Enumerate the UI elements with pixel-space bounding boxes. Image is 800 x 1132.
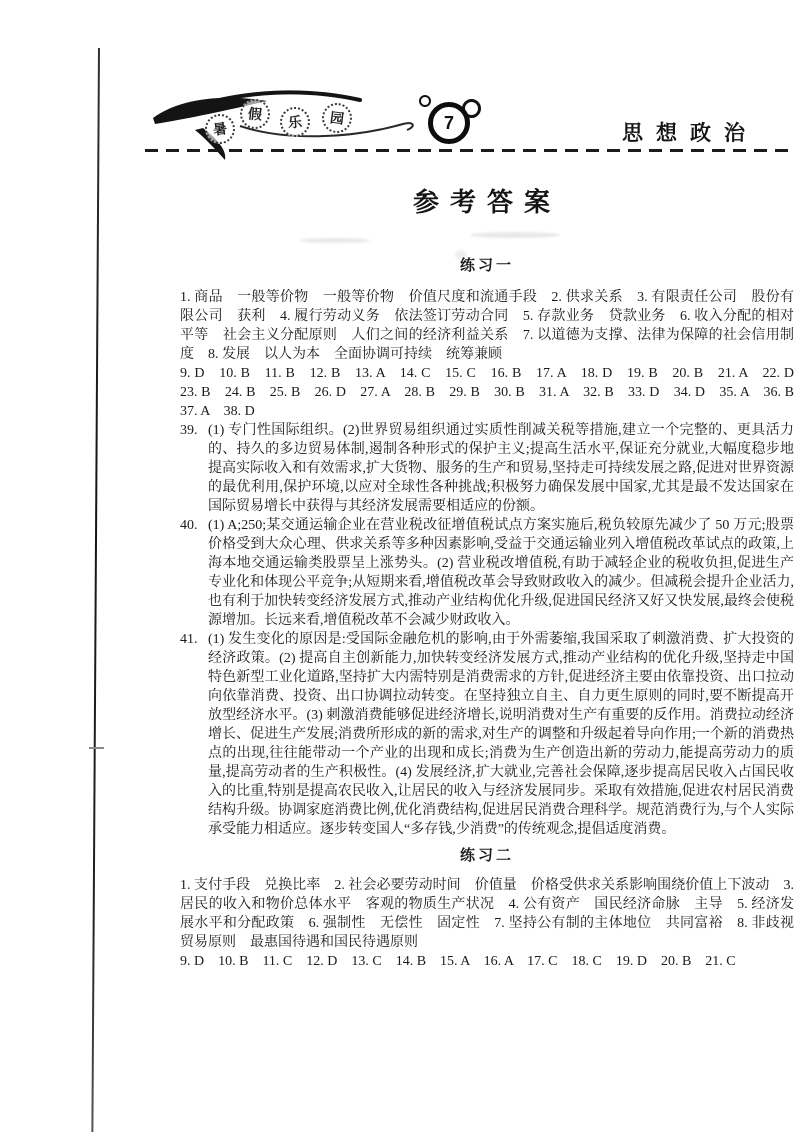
subject-title: 思想政治 xyxy=(622,117,758,147)
multiple-choice-answers: 9. D 10. B 11. B 12. B 13. A 14. C 15. C… xyxy=(180,364,794,421)
page-title: 参考答案 xyxy=(180,186,794,220)
page-number-badge: 7 xyxy=(418,92,480,150)
section-heading-exercise-2: 练习二 xyxy=(180,846,794,866)
fill-in-answers: 1. 商品 一般等价物 一般等价物 价值尺度和流通手段 2. 供求关系 3. 有… xyxy=(180,288,794,364)
fill-in-answers: 1. 支付手段 兑换比率 2. 社会必要劳动时间 价值量 价格受供求关系影响围绕… xyxy=(180,876,794,952)
badge-dot-icon xyxy=(419,95,431,107)
scan-mark xyxy=(89,747,104,749)
essay-answer-text: (1) 发生变化的原因是:受国际金融危机的影响,由于外需萎缩,我国采取了刺激消费… xyxy=(208,632,794,837)
question-number: 39. xyxy=(180,421,198,440)
scanned-page: 暑 假 乐 园 7 思想政治 参考答案 练习一 1. 商品 一般等价物 一般等价… xyxy=(0,0,800,1132)
answer-content: 参考答案 练习一 1. 商品 一般等价物 一般等价物 价值尺度和流通手段 2. … xyxy=(180,186,794,971)
page-number: 7 xyxy=(428,102,470,144)
essay-answer-text: (1) A;250;某交通运输企业在营业税改征增值税试点方案实施后,税负较原先减… xyxy=(208,518,794,628)
multiple-choice-answers: 9. D 10. B 11. C 12. D 13. C 14. B 15. A… xyxy=(180,952,794,971)
page-fold-line xyxy=(91,48,100,1132)
dashed-divider xyxy=(145,149,796,152)
summer-fun-logo: 暑 假 乐 园 xyxy=(145,86,445,164)
question-number: 40. xyxy=(180,516,198,535)
essay-answer-39: 39. (1) 专门性国际组织。(2)世界贸易组织通过实质性削减关税等措施,建立… xyxy=(180,421,794,516)
question-number: 41. xyxy=(180,630,198,649)
essay-answer-text: (1) 专门性国际组织。(2)世界贸易组织通过实质性削减关税等措施,建立一个完整… xyxy=(208,423,794,514)
essay-answer-40: 40. (1) A;250;某交通运输企业在营业税改征增值税试点方案实施后,税负… xyxy=(180,516,794,630)
essay-answer-41: 41. (1) 发生变化的原因是:受国际金融危机的影响,由于外需萎缩,我国采取了… xyxy=(180,630,794,839)
section-heading-exercise-1: 练习一 xyxy=(180,256,794,276)
